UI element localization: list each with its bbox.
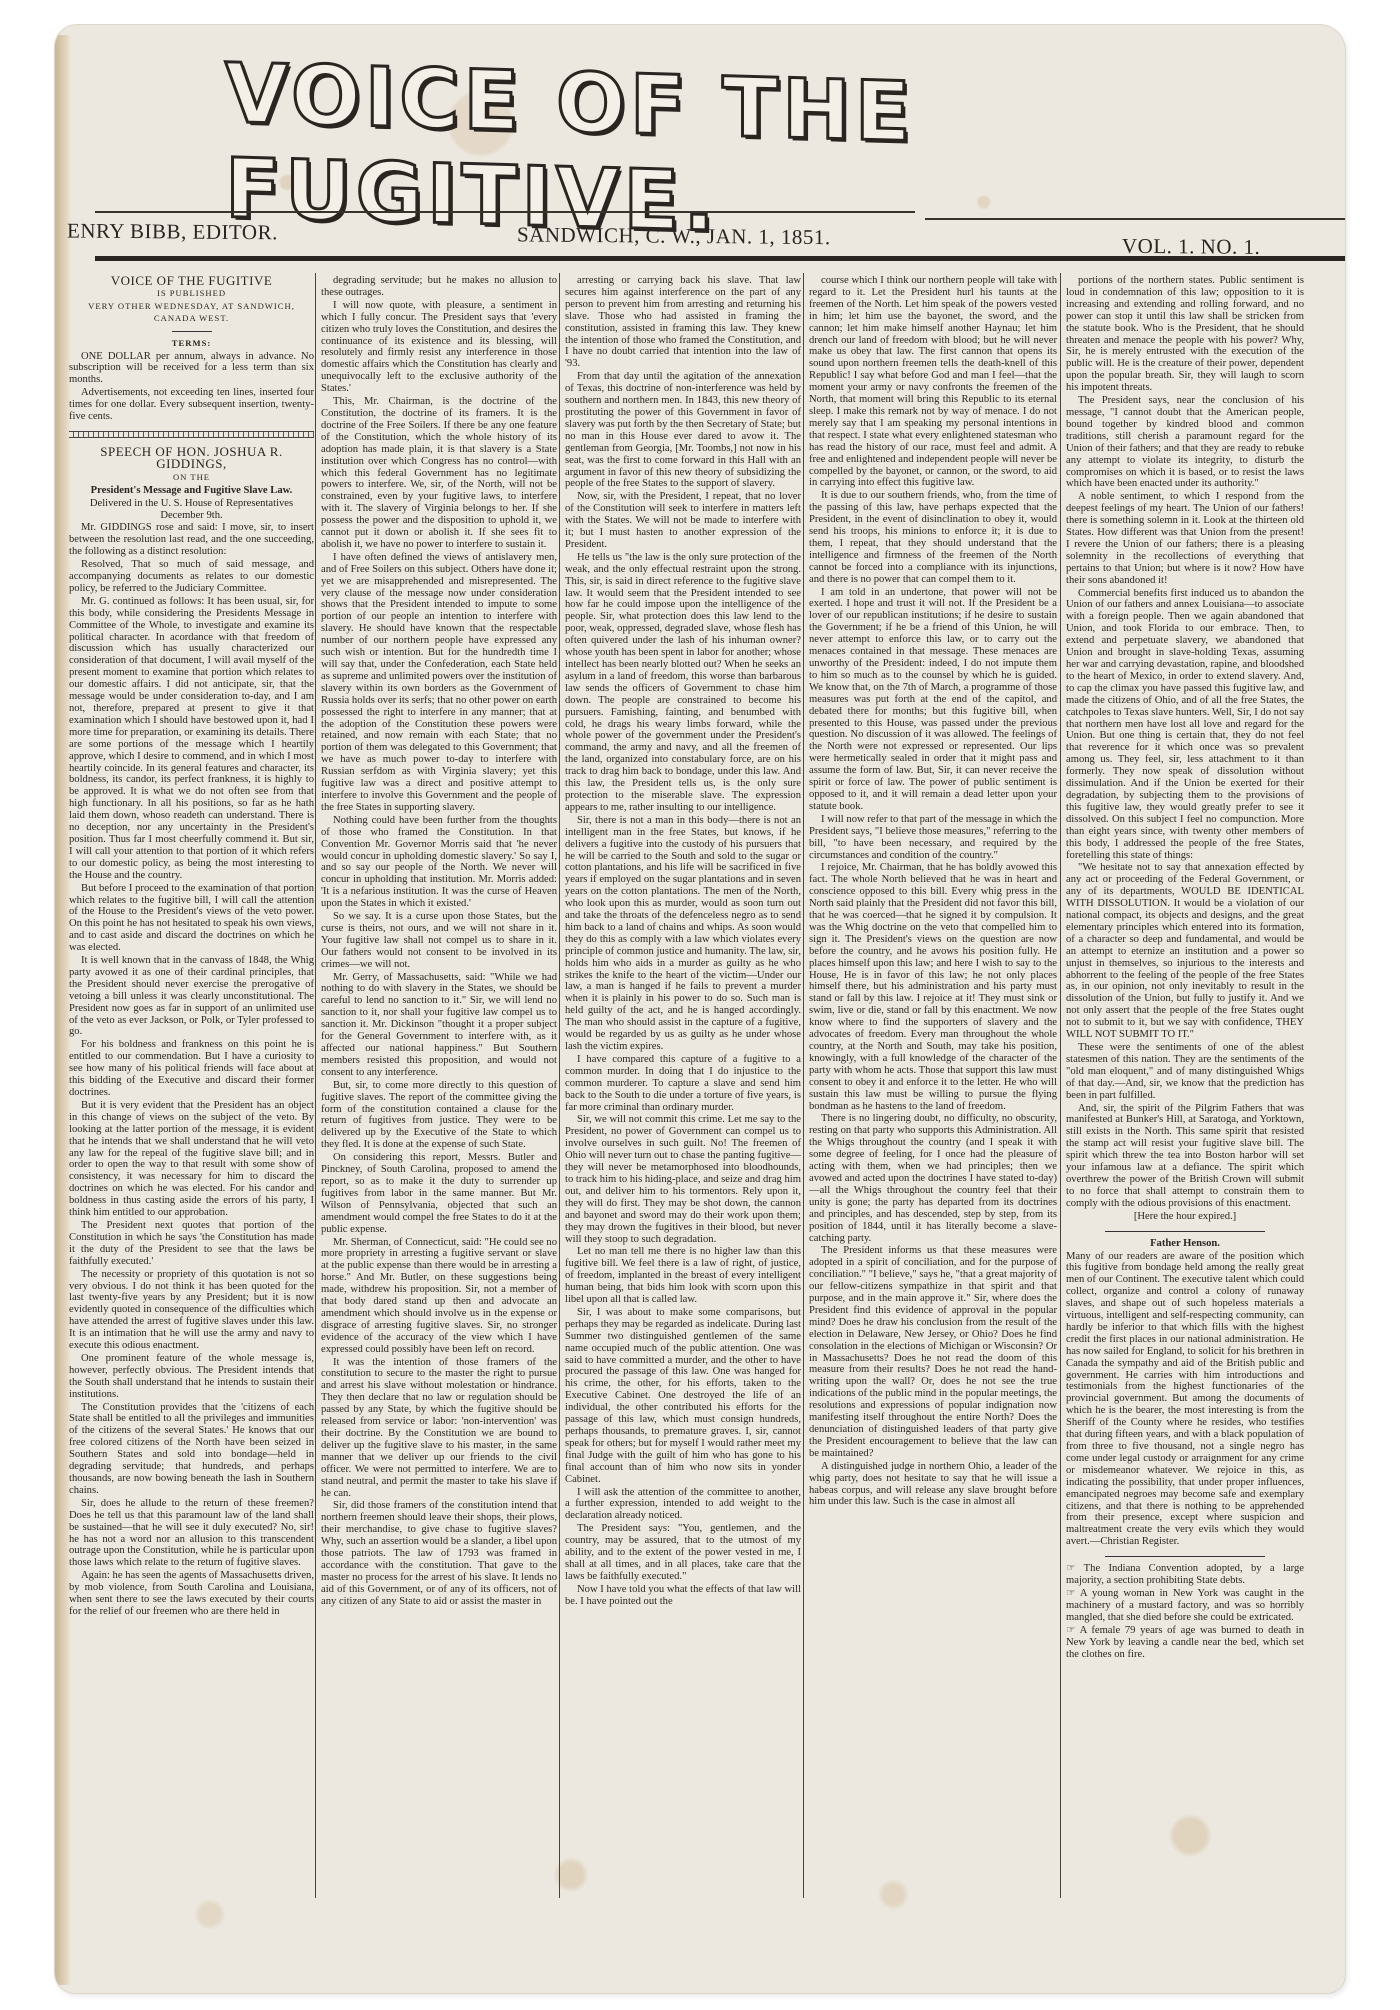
paragraph: Sir, did those framers of the constituti… — [321, 1500, 557, 1607]
paragraph: There is no lingering doubt, no difficul… — [809, 1113, 1057, 1244]
closing-note: [Here the hour expired.] — [1066, 1211, 1304, 1223]
paragraph: But it is very evident that the Presiden… — [69, 1100, 314, 1219]
paragraph: From that day until the agitation of the… — [565, 371, 801, 490]
section-rule — [1105, 1556, 1265, 1557]
paragraph: The President next quotes that portion o… — [69, 1220, 314, 1268]
paragraph: I am told in an undertone, that power wi… — [809, 587, 1057, 813]
paragraph: But, sir, to come more directly to this … — [321, 1080, 557, 1151]
column-2: degrading servitude; but he makes no all… — [321, 275, 557, 1895]
column-divider — [803, 273, 804, 1898]
imprint-published: IS PUBLISHED — [69, 288, 314, 300]
paragraph: Sir, does he allude to the return of the… — [69, 1498, 314, 1569]
paragraph: The Indiana Convention adopted, by a lar… — [1066, 1563, 1304, 1587]
paragraph: Mr. GIDDINGS rose and said: I move, sir,… — [69, 522, 314, 558]
masthead-rule-left — [95, 211, 915, 213]
paragraph: These were the sentiments of one of the … — [1066, 1042, 1304, 1102]
paragraph: A young woman in New York was caught in … — [1066, 1588, 1304, 1624]
imprint-title: VOICE OF THE FUGITIVE — [69, 275, 314, 287]
terms-advertising: Advertisements, not exceeding ten lines,… — [69, 387, 314, 423]
column-4: course which I think our northern people… — [809, 275, 1057, 1895]
paragraph: On considering this report, Messrs. Butl… — [321, 1152, 557, 1235]
paragraph: But before I proceed to the examination … — [69, 883, 314, 954]
paragraph: One prominent feature of the whole messa… — [69, 1353, 314, 1401]
paragraph: Commercial benefits first induced us to … — [1066, 588, 1304, 862]
column-5-body: portions of the northern states. Public … — [1066, 275, 1304, 1210]
divider — [172, 331, 212, 332]
column-5: portions of the northern states. Public … — [1066, 275, 1304, 1895]
paragraph: I have often defined the views of antisl… — [321, 552, 557, 814]
paragraph: Sir, we will not commit this crime. Let … — [565, 1114, 801, 1245]
paragraph: And, sir, the spirit of the Pilgrim Fath… — [1066, 1103, 1304, 1210]
ornamental-rule — [69, 431, 314, 438]
column-1: VOICE OF THE FUGITIVE IS PUBLISHED VERY … — [69, 275, 314, 1895]
header-rule — [95, 256, 1345, 261]
paragraph: Now, sir, with the President, I repeat, … — [565, 491, 801, 551]
paragraph: A noble sentiment, to which I respond fr… — [1066, 491, 1304, 586]
paragraph: The President informs us that these meas… — [809, 1245, 1057, 1459]
speech-on: ON THE — [69, 472, 314, 484]
paragraph: Again: he has seen the agents of Massach… — [69, 1570, 314, 1618]
henson-article: Many of our readers are aware of the pos… — [1066, 1251, 1304, 1549]
speech-title: SPEECH OF HON. JOSHUA R. GIDDINGS, — [69, 446, 314, 470]
paragraph: Sir, there is not a man in this body—the… — [565, 815, 801, 1053]
paragraph: Now I have told you what the effects of … — [565, 1584, 801, 1608]
paragraph: The Constitution provides that the 'citi… — [69, 1402, 314, 1497]
paragraph: I will now quote, with pleasure, a senti… — [321, 300, 557, 395]
column-3: arresting or carrying back his slave. Th… — [565, 275, 801, 1895]
paragraph: arresting or carrying back his slave. Th… — [565, 275, 801, 370]
paragraph: Mr. Gerry, of Massachusetts, said: "Whil… — [321, 972, 557, 1079]
paragraph: I will now refer to that part of the mes… — [809, 814, 1057, 862]
paragraph: A distinguished judge in northern Ohio, … — [809, 1461, 1057, 1509]
paragraph: Let no man tell me there is no higher la… — [565, 1246, 801, 1306]
column-divider — [315, 273, 316, 1898]
terms-heading: TERMS: — [69, 338, 314, 350]
news-notes: The Indiana Convention adopted, by a lar… — [1066, 1563, 1304, 1660]
column-1-body: Mr. GIDDINGS rose and said: I move, sir,… — [69, 522, 314, 1617]
paragraph: Resolved, That so much of said message, … — [69, 559, 314, 595]
paragraph: Nothing could have been further from the… — [321, 815, 557, 910]
henson-title: Father Henson. — [1066, 1238, 1304, 1250]
masthead-title: VOICE OF THE FUGITIVE. — [225, 86, 1195, 223]
speech-venue: Delivered in the U. S. House of Represen… — [69, 498, 314, 522]
editor-credit: ENRY BIBB, EDITOR. — [67, 218, 278, 245]
paragraph: degrading servitude; but he makes no all… — [321, 275, 557, 299]
paragraph: I will ask the attention of the committe… — [565, 1487, 801, 1523]
paragraph: It is well known that in the canvass of … — [69, 955, 314, 1038]
paragraph: "We hesitate not to say that annexation … — [1066, 862, 1304, 1041]
paragraph: The necessity or propriety of this quota… — [69, 1269, 314, 1352]
paragraph: course which I think our northern people… — [809, 275, 1057, 489]
masthead-rule-right — [925, 218, 1345, 220]
paragraph: This, Mr. Chairman, is the doctrine of t… — [321, 396, 557, 551]
column-divider — [559, 273, 560, 1898]
paragraph: The President says: "You, gentlemen, and… — [565, 1523, 801, 1583]
paragraph: I rejoice, Mr. Chairman, that he has bol… — [809, 862, 1057, 1112]
paragraph: The President says, near the conclusion … — [1066, 395, 1304, 490]
column-3-body: arresting or carrying back his slave. Th… — [565, 275, 801, 1608]
newspaper-page: VOICE OF THE FUGITIVE. ENRY BIBB, EDITOR… — [55, 25, 1345, 1993]
paragraph: A female 79 years of age was burned to d… — [1066, 1625, 1304, 1661]
dateline: SANDWICH, C. W., JAN. 1, 1851. — [517, 222, 831, 250]
paragraph: Mr. Sherman, of Connecticut, said: "He c… — [321, 1237, 557, 1356]
terms-subscription: ONE DOLLAR per annum, always in advance.… — [69, 351, 314, 387]
paragraph: Sir, I was about to make some comparison… — [565, 1307, 801, 1486]
paragraph: So we say. It is a curse upon those Stat… — [321, 911, 557, 971]
paragraph: It was the intention of those framers of… — [321, 1357, 557, 1500]
paragraph: portions of the northern states. Public … — [1066, 275, 1304, 394]
section-rule — [1105, 1231, 1265, 1232]
column-divider — [1060, 273, 1061, 1898]
paragraph: It is due to our southern friends, who, … — [809, 490, 1057, 585]
paragraph: Mr. G. continued as follows: It has been… — [69, 596, 314, 882]
paragraph: I have compared this capture of a fugiti… — [565, 1054, 801, 1114]
imprint-schedule: VERY OTHER WEDNESDAY, AT SANDWICH, CANAD… — [69, 301, 314, 325]
speech-subject: President's Message and Fugitive Slave L… — [69, 485, 314, 497]
paragraph: He tells us "the law is the only sure pr… — [565, 552, 801, 814]
column-2-body: degrading servitude; but he makes no all… — [321, 275, 557, 1608]
paragraph: For his boldness and frankness on this p… — [69, 1039, 314, 1099]
column-4-body: course which I think our northern people… — [809, 275, 1057, 1508]
